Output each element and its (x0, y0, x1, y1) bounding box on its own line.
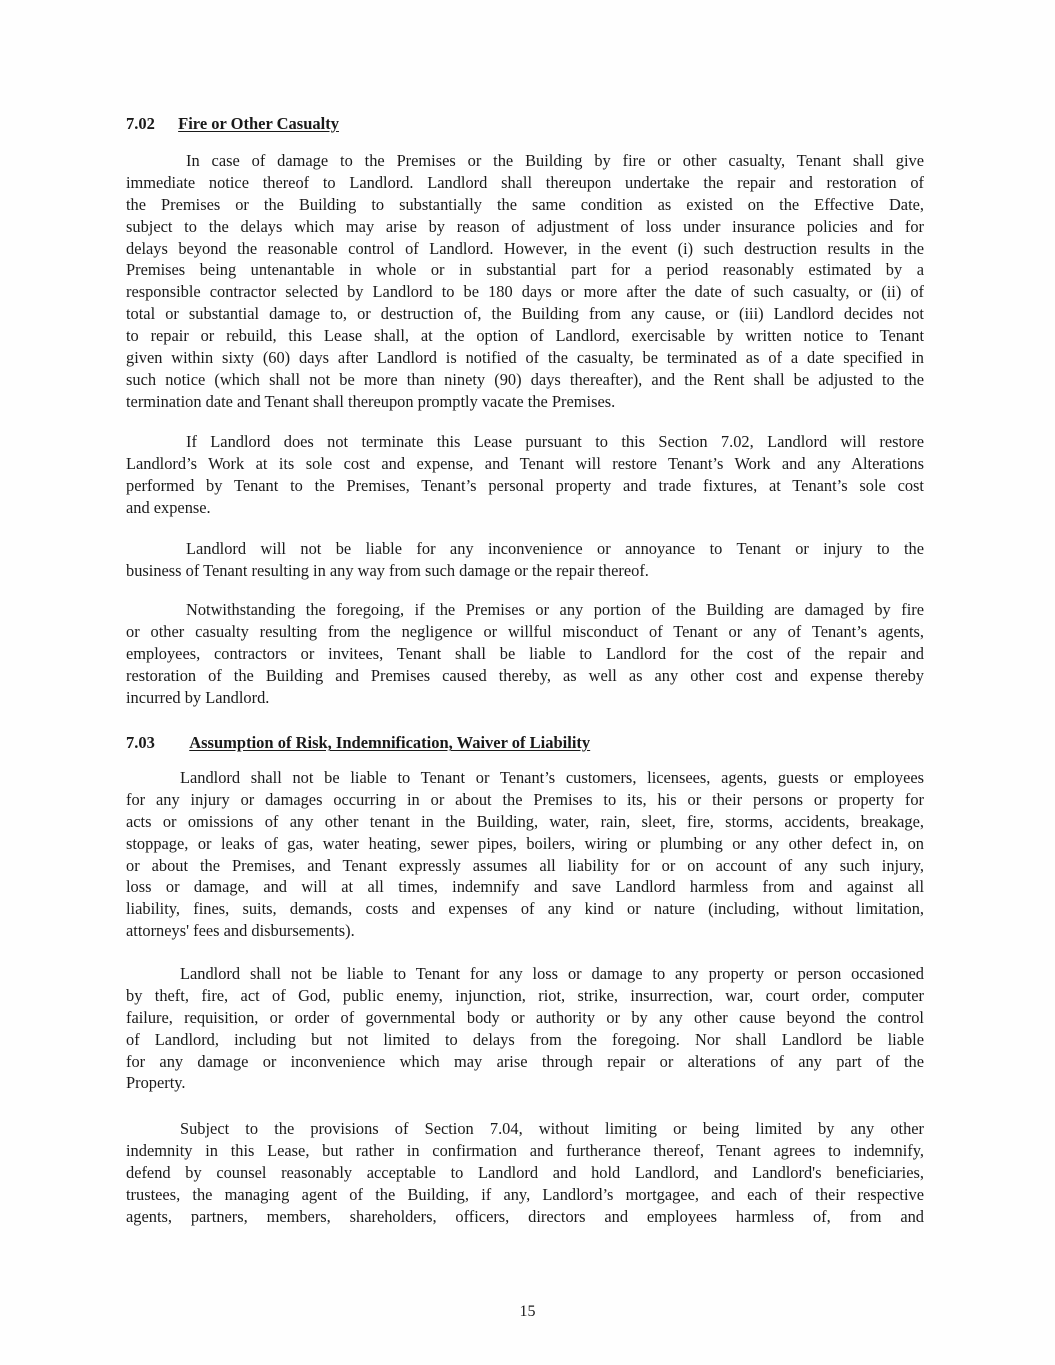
text-line: total or substantial damage to, or destr… (126, 303, 924, 325)
text-line: liability, fines, suits, demands, costs … (126, 898, 924, 920)
text-line: and expense. (126, 497, 924, 519)
text-line: indemnity in this Lease, but rather in c… (126, 1140, 924, 1162)
text-line: restoration of the Building and Premises… (126, 665, 924, 687)
paragraph-7-03-3: Subject to the provisions of Section 7.0… (126, 1118, 924, 1227)
text-line: Landlord shall not be liable to Tenant f… (126, 963, 924, 985)
text-line: acts or omissions of any other tenant in… (126, 811, 924, 833)
text-line: Landlord’s Work at its sole cost and exp… (126, 453, 924, 475)
text-line: If Landlord does not terminate this Leas… (126, 431, 924, 453)
text-line: or about the Premises, and Tenant expres… (126, 855, 924, 877)
text-line: for any damage or inconvenience which ma… (126, 1051, 924, 1073)
text-line: Subject to the provisions of Section 7.0… (126, 1118, 924, 1140)
paragraph-7-03-1: Landlord shall not be liable to Tenant o… (126, 767, 924, 942)
section-title: Assumption of Risk, Indemnification, Wai… (189, 733, 590, 752)
text-line: for any injury or damages occurring in o… (126, 789, 924, 811)
section-number: 7.02 (126, 113, 174, 135)
text-line: loss or damage, and will at all times, i… (126, 876, 924, 898)
text-line: defend by counsel reasonably acceptable … (126, 1162, 924, 1184)
text-line: trustees, the managing agent of the Buil… (126, 1184, 924, 1206)
paragraph-7-02-2: If Landlord does not terminate this Leas… (126, 431, 924, 519)
text-line: the Premises or the Building to substant… (126, 194, 924, 216)
paragraph-7-02-4: Notwithstanding the foregoing, if the Pr… (126, 599, 924, 708)
text-line: agents, partners, members, shareholders,… (126, 1206, 924, 1228)
text-line: immediate notice thereof to Landlord. La… (126, 172, 924, 194)
text-line: responsible contractor selected by Landl… (126, 281, 924, 303)
page-number: 15 (0, 1303, 1055, 1321)
text-line: Property. (126, 1072, 924, 1094)
text-line: attorneys' fees and disbursements). (126, 920, 924, 942)
text-line: In case of damage to the Premises or the… (126, 150, 924, 172)
text-line: termination date and Tenant shall thereu… (126, 391, 924, 413)
text-line: subject to the delays which may arise by… (126, 216, 924, 238)
text-line: Landlord shall not be liable to Tenant o… (126, 767, 924, 789)
text-line: business of Tenant resulting in any way … (126, 560, 924, 582)
text-line: given within sixty (60) days after Landl… (126, 347, 924, 369)
text-line: incurred by Landlord. (126, 687, 924, 709)
text-line: stoppage, or leaks of gas, water heating… (126, 833, 924, 855)
text-line: Landlord will not be liable for any inco… (126, 538, 924, 560)
paragraph-7-03-2: Landlord shall not be liable to Tenant f… (126, 963, 924, 1094)
text-line: Notwithstanding the foregoing, if the Pr… (126, 599, 924, 621)
text-line: of Landlord, including but not limited t… (126, 1029, 924, 1051)
paragraph-7-02-3: Landlord will not be liable for any inco… (126, 538, 924, 582)
section-title: Fire or Other Casualty (178, 114, 339, 133)
section-heading-7-03: 7.03 Assumption of Risk, Indemnification… (126, 732, 590, 754)
section-number: 7.03 (126, 732, 186, 754)
text-line: delays beyond the reasonable control of … (126, 238, 924, 260)
section-heading-7-02: 7.02 Fire or Other Casualty (126, 113, 339, 135)
document-page: 7.02 Fire or Other Casualty In case of d… (0, 0, 1055, 1365)
text-line: Premises being untenantable in whole or … (126, 259, 924, 281)
text-line: such notice (which shall not be more tha… (126, 369, 924, 391)
text-line: to repair or rebuild, this Lease shall, … (126, 325, 924, 347)
text-line: or other casualty resulting from the neg… (126, 621, 924, 643)
text-line: failure, requisition, or order of govern… (126, 1007, 924, 1029)
text-line: performed by Tenant to the Premises, Ten… (126, 475, 924, 497)
text-line: employees, contractors or invitees, Tena… (126, 643, 924, 665)
paragraph-7-02-1: In case of damage to the Premises or the… (126, 150, 924, 413)
text-line: by theft, fire, act of God, public enemy… (126, 985, 924, 1007)
